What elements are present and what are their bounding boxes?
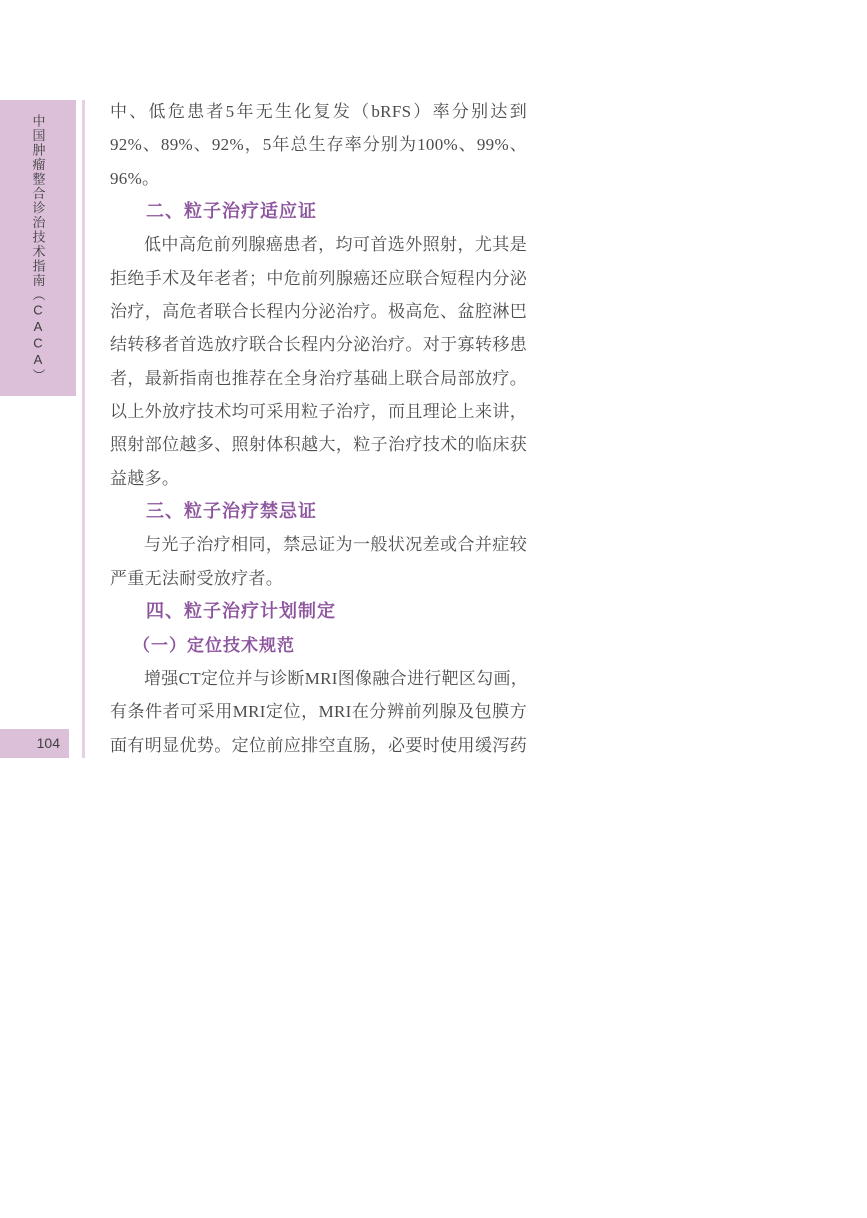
text-line: 者，最新指南也推荐在全身治疗基础上联合局部放疗。 [110, 362, 527, 395]
text-line: 面有明显优势。定位前应排空直肠，必要时使用缓泻药 [110, 729, 527, 762]
text-line: 与光子治疗相同，禁忌证为一般状况差或合并症较 [110, 528, 527, 561]
sidebar-spine-block: 中国肿瘤整合诊治技术指南（CACA） [0, 100, 76, 396]
section-heading: （一）定位技术规范 [110, 629, 527, 662]
text-line: 拒绝手术及年老者；中危前列腺癌还应联合短程内分泌 [110, 262, 527, 295]
document-page: 中国肿瘤整合诊治技术指南（CACA） 104 中、低危患者5年无生化复发（bRF… [0, 0, 867, 1218]
spine-divider-line [82, 100, 85, 758]
text-line: 有条件者可采用MRI定位，MRI在分辨前列腺及包膜方 [110, 695, 527, 728]
text-line: 益越多。 [110, 462, 527, 495]
text-line: 增强CT定位并与诊断MRI图像融合进行靶区勾画， [110, 662, 527, 695]
text-line: 治疗，高危者联合长程内分泌治疗。极高危、盆腔淋巴 [110, 295, 527, 328]
text-line: 照射部位越多、照射体积越大，粒子治疗技术的临床获 [110, 428, 527, 461]
text-line: 严重无法耐受放疗者。 [110, 562, 527, 595]
text-line: 结转移者首选放疗联合长程内分泌治疗。对于寡转移患 [110, 328, 527, 361]
page-number: 104 [37, 735, 60, 751]
book-title-vertical: 中国肿瘤整合诊治技术指南（CACA） [29, 114, 48, 383]
text-line: 96%。 [110, 162, 527, 195]
page-number-badge: 104 [0, 729, 69, 758]
section-heading: 二、粒子治疗适应证 [110, 195, 527, 228]
section-heading: 三、粒子治疗禁忌证 [110, 495, 527, 528]
section-heading: 四、粒子治疗计划制定 [110, 595, 527, 628]
text-line: 92%、89%、92%，5年总生存率分别为100%、99%、 [110, 128, 527, 161]
content-column: 中、低危患者5年无生化复发（bRFS）率分别达到92%、89%、92%，5年总生… [110, 95, 527, 762]
text-line: 低中高危前列腺癌患者，均可首选外照射，尤其是 [110, 228, 527, 261]
text-line: 中、低危患者5年无生化复发（bRFS）率分别达到 [110, 95, 527, 128]
text-line: 以上外放疗技术均可采用粒子治疗，而且理论上来讲， [110, 395, 527, 428]
